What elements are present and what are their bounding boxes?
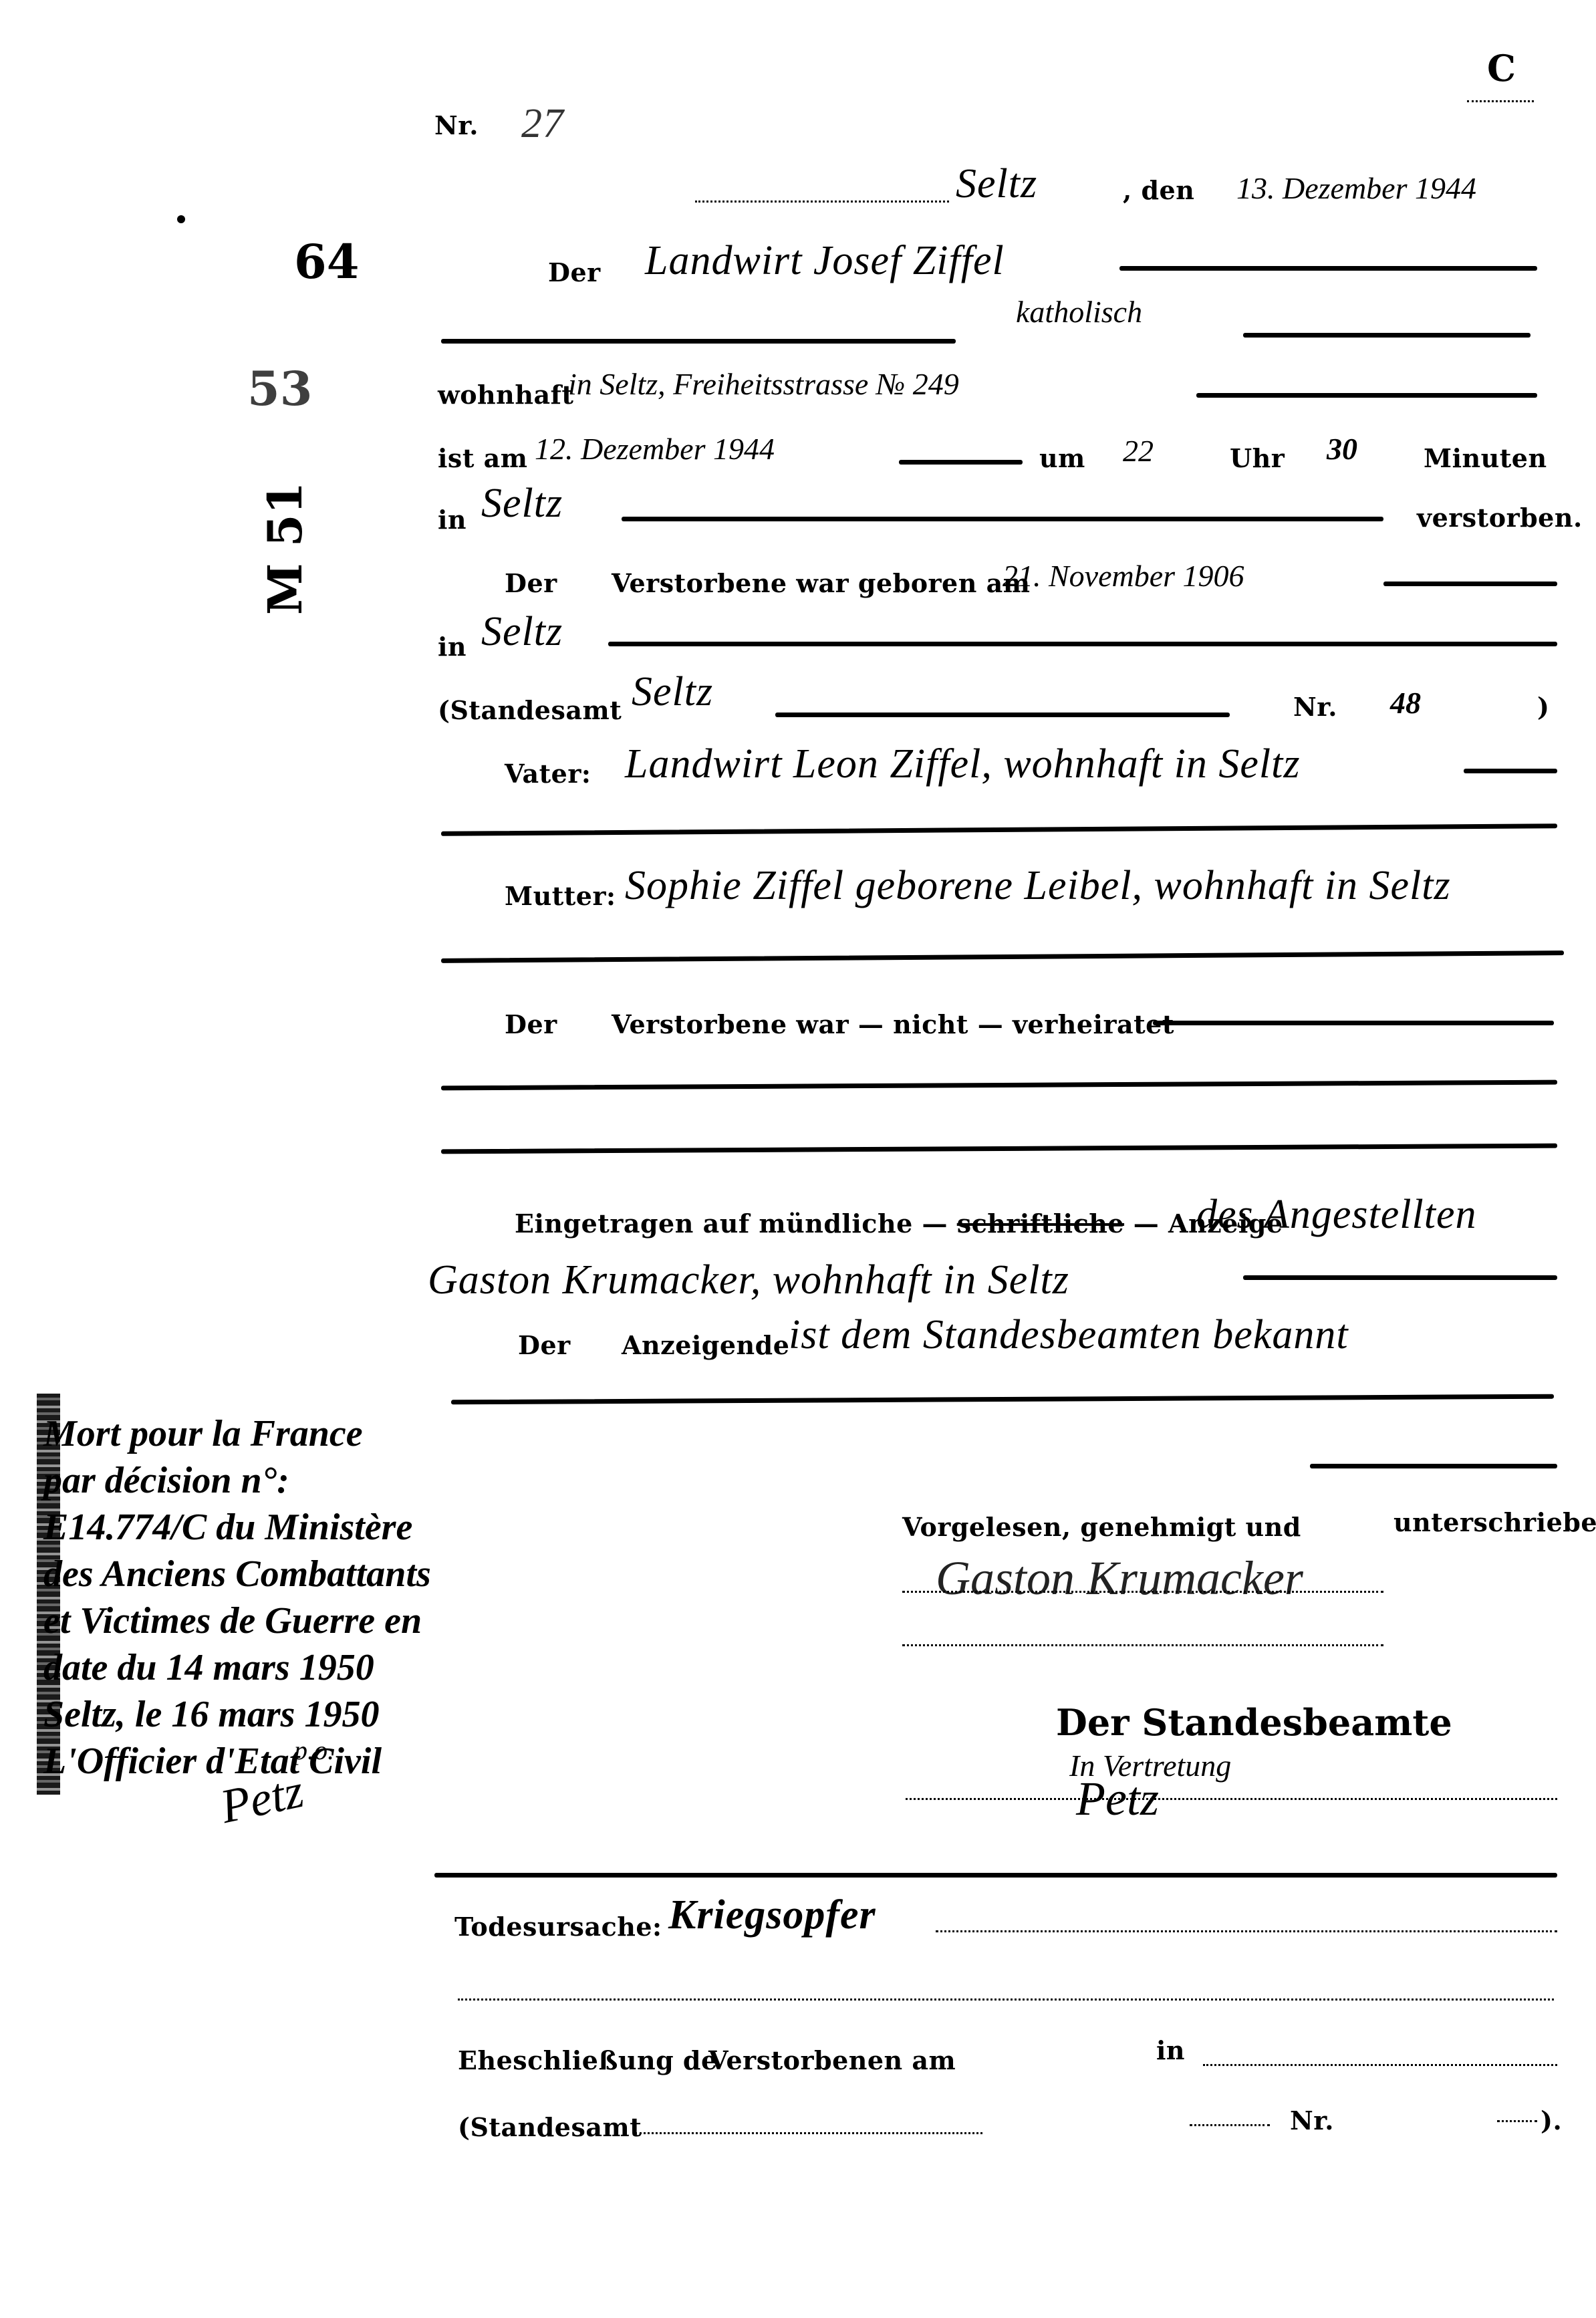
cause-dotted-line (458, 1999, 1554, 2001)
death-place-label: in (438, 505, 467, 535)
registration-before: Eingetragen auf mündliche — (515, 1208, 948, 1239)
official-title: Der Standesbeamte (1056, 1701, 1452, 1744)
marriage-registry-label: (Standesamt (458, 2112, 642, 2142)
cause-of-death: Kriegsopfer (668, 1892, 876, 1939)
fill-line (899, 460, 1023, 465)
marriage-nr-label: Nr. (1290, 2105, 1334, 2136)
header-date: 13. Dezember 1944 (1236, 170, 1476, 206)
header-place: Seltz (956, 160, 1037, 208)
death-date-label: ist am (438, 443, 527, 473)
marriage-in-label: in (1156, 2035, 1185, 2065)
birth-label: Verstorbene war geboren am (612, 568, 1030, 598)
den-label: , den (1123, 175, 1194, 205)
place-dotted-line (695, 201, 949, 203)
informant-signature: Gaston Krumacker (936, 1551, 1303, 1606)
annotation-line: date du 14 mars 1950 (43, 1644, 565, 1691)
death-minutes: 30 (1327, 431, 1357, 467)
death-hour: 22 (1123, 433, 1154, 469)
margin-stamp-m51: M 51 (257, 482, 313, 615)
signature-dotted-line (902, 1591, 1383, 1593)
annotation-line: Seltz, le 16 mars 1950 (43, 1691, 565, 1738)
verstorben-label: verstorben. (1417, 503, 1583, 533)
mother-label: Mutter: (505, 881, 616, 911)
birth-registry-label: (Standesamt (438, 695, 622, 725)
fill-line (451, 1394, 1554, 1405)
registration-struck: schriftliche (957, 1208, 1124, 1239)
annotation-line: des Anciens Combattants (43, 1551, 565, 1597)
registration-text: Eingetragen auf mündliche — schriftliche… (515, 1208, 1283, 1239)
fill-line (441, 1080, 1557, 1091)
fill-line (441, 339, 956, 344)
uhr-label: Uhr (1230, 443, 1285, 473)
margin-stamp-53: 53 (247, 361, 312, 416)
marriage-dotted-line (635, 2132, 982, 2134)
read-approved-label: Vorgelesen, genehmigt und (902, 1512, 1301, 1542)
father-label: Vater: (505, 759, 591, 789)
fill-line (1119, 266, 1537, 271)
corner-mark: C (1487, 47, 1516, 90)
declarant-prefix: Der (548, 257, 601, 287)
annotation-line: E14.774/C du Ministère (43, 1504, 565, 1551)
deceased-name: Landwirt Josef Ziffel (645, 237, 1005, 285)
known-label: Anzeigende (622, 1330, 789, 1360)
um-label: um (1039, 443, 1085, 473)
minuten-label: Minuten (1424, 443, 1547, 473)
father: Landwirt Leon Ziffel, wohnhaft in Seltz (625, 741, 1300, 788)
fill-line (1310, 1464, 1557, 1468)
annotation-line: Mort pour la France (43, 1410, 565, 1457)
residence-label: wohnhaft (438, 380, 573, 410)
fill-line (1153, 1021, 1554, 1025)
fill-line (441, 950, 1564, 963)
fill-line (608, 642, 1557, 646)
marital-status: Verstorbene war — nicht — verheiratet (612, 1009, 1174, 1039)
birth-nr: 48 (1390, 685, 1421, 721)
informant-intro: des Angestellten (1196, 1191, 1476, 1239)
register-number: 27 (521, 100, 564, 148)
birth-registry: Seltz (632, 668, 713, 716)
marital-prefix: Der (505, 1009, 557, 1039)
signature-dotted-line (902, 1644, 1383, 1646)
birth-prefix: Der (505, 568, 557, 598)
margin-stamp-64: 64 (294, 234, 359, 289)
birth-close-paren: ) (1537, 692, 1549, 722)
religion: katholisch (1016, 294, 1142, 330)
birth-place-label: in (438, 632, 467, 662)
birth-place: Seltz (481, 608, 563, 656)
annotation-line: et Victimes de Guerre en (43, 1597, 565, 1644)
fill-line (622, 517, 1383, 521)
marriage-dotted-line (1203, 2064, 1557, 2066)
death-place: Seltz (481, 480, 563, 527)
mother: Sophie Ziffel geborene Leibel, wohnhaft … (625, 862, 1451, 910)
french-annotation: Mort pour la France par décision n°: E14… (43, 1410, 565, 1785)
annotation-po: p.o. (294, 1734, 334, 1766)
section-divider (434, 1873, 1557, 1878)
fill-line (441, 1144, 1557, 1154)
birth-date: 21. November 1906 (1003, 558, 1244, 594)
marriage-label-prefix: Eheschließung de (458, 2045, 718, 2075)
marriage-close: ). (1541, 2105, 1562, 2136)
cause-dotted-line (936, 1930, 1557, 1932)
informant: Gaston Krumacker, wohnhaft in Seltz (428, 1257, 1069, 1304)
annotation-line: par décision n°: (43, 1457, 565, 1504)
fill-line (1383, 582, 1557, 586)
marriage-dotted-line (1190, 2124, 1270, 2126)
fill-line (1243, 333, 1531, 338)
fill-line (775, 713, 1230, 717)
fill-line (1464, 769, 1557, 773)
fill-line (441, 823, 1557, 836)
ink-dot (177, 215, 185, 223)
signed-label: unterschrieben (1393, 1507, 1596, 1537)
birth-nr-label: Nr. (1293, 692, 1337, 722)
known-prefix: Der (518, 1330, 571, 1360)
register-number-label: Nr. (434, 110, 479, 140)
cause-label: Todesursache: (454, 1912, 662, 1942)
known-text: ist dem Standesbeamten bekannt (789, 1311, 1349, 1359)
corner-mark-underline (1467, 100, 1534, 102)
signature-dotted-line (906, 1798, 1557, 1800)
fill-line (1196, 393, 1537, 398)
fill-line (1243, 1275, 1557, 1280)
marriage-dotted-line (1497, 2120, 1537, 2122)
marriage-label: Verstorbenen am (708, 2045, 956, 2075)
death-date: 12. Dezember 1944 (535, 431, 775, 467)
residence: in Seltz, Freiheitsstrasse № 249 (568, 366, 959, 402)
